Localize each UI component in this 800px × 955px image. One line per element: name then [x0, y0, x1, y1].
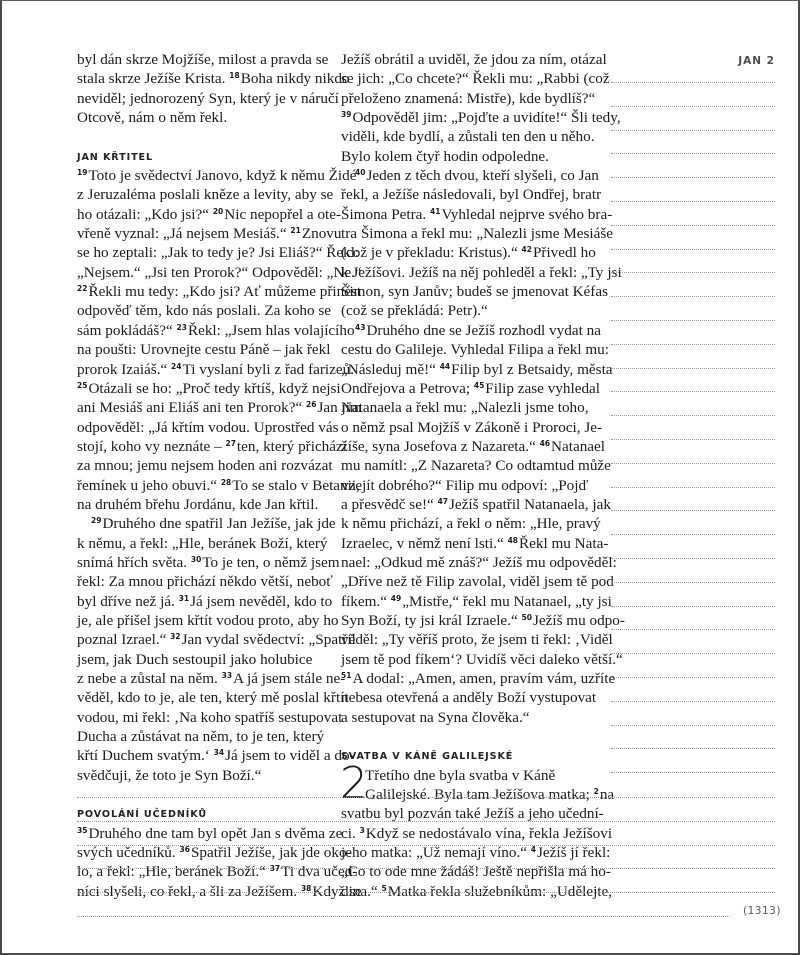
margin-note-line[interactable]: [611, 201, 775, 202]
margin-note-line[interactable]: [611, 153, 775, 154]
text-line: na druhém břehu Jordánu, kde Jan křtil.: [77, 495, 335, 514]
text-line: „Následuj mě!“ 44Filip byl z Betsaidy, m…: [341, 360, 599, 379]
text-line: Galilejské. Byla tam Ježíšova matka; 2na: [341, 785, 599, 804]
verse-number: 50: [522, 613, 532, 622]
margin-note-line[interactable]: [611, 106, 775, 107]
margin-note-line[interactable]: [611, 463, 775, 464]
verse-number: 44: [440, 362, 450, 371]
text-line: Ondřejova a Petrova; 45Filip zase vyhled…: [341, 379, 599, 398]
margin-note-line[interactable]: [611, 653, 775, 654]
text-line: jsem, jak Duch sestoupil jako holubice: [77, 650, 335, 669]
verse-number: 26: [306, 400, 316, 409]
text-line: vodou, mi řekl: ‚Na koho spatříš sestupo…: [77, 708, 335, 727]
verse-number: 27: [225, 439, 235, 448]
text-line: 35Druhého dne tam byl opět Jan s dvěma z…: [77, 824, 335, 843]
text-line: za mnou; jemu nejsem hoden ani rozvázat: [77, 456, 335, 475]
verse-number: 18: [229, 71, 239, 80]
margin-note-line[interactable]: [611, 177, 775, 178]
text-line: ani Mesiáš ani Eliáš ani ten Prorok?“ 26…: [77, 398, 335, 417]
verse-number: 46: [540, 439, 550, 448]
text-line: je, ale přišel jsem křtít vodou proto, a…: [77, 611, 335, 630]
verse-number: 23: [177, 323, 187, 332]
text-line: 25Otázali se ho: „Proč tedy křtíš, když …: [77, 379, 335, 398]
text-line: jsem tě pod fíkem‘? Uvidíš věci daleko v…: [341, 650, 599, 669]
middle-text-column: Ježíš obrátil a uviděl, že jdou za ním, …: [341, 20, 599, 901]
text-line: byl dán skrze Mojžíše, milost a pravda s…: [77, 50, 335, 69]
text-line: Třetího dne byla svatba v Káně: [341, 766, 599, 785]
text-line: lo, a řekl: „Hle, beránek Boží.“ 37Ti dv…: [77, 862, 335, 881]
margin-note-line[interactable]: [611, 629, 775, 630]
verse-number: 45: [474, 381, 484, 390]
text-line: neviděl; jednorozený Syn, který je v nár…: [77, 89, 335, 108]
verse-number: 29: [91, 516, 101, 525]
text-line: žíše, syna Josefova z Nazareta.“ 46Natan…: [341, 437, 599, 456]
text-line: byl dříve než já. 31Já jsem nevěděl, kdo…: [77, 592, 335, 611]
verse-number: 39: [341, 110, 351, 119]
verse-number: 4: [531, 845, 536, 854]
text-line: nael: „Odkud mě znáš?“ Ježíš mu odpovědě…: [341, 553, 599, 572]
verse-number: 36: [180, 845, 190, 854]
margin-note-line[interactable]: [611, 748, 775, 749]
text-line: Izraelec, v němž není lsti.“ 48Řekl mu N…: [341, 534, 599, 553]
spacer: [341, 727, 599, 746]
text-line: „Dříve než tě Filip zavolal, viděl jsem …: [341, 572, 599, 591]
text-line: tra Šimona a řekl mu: „Nalezli jsme Mesi…: [341, 224, 599, 243]
text-line: se jich: „Co chcete?“ Řekli mu: „Rabbi (…: [341, 69, 599, 88]
text-line: 19Toto je svědectví Janovo, když k němu …: [77, 166, 335, 185]
text-line: „Nejsem.“ „Jsi ten Prorok?“ Odpověděl: „…: [77, 263, 335, 282]
chapter-number: 2: [340, 762, 368, 806]
verse-number: 3: [360, 826, 365, 835]
text-line: poznal Izrael.“ 32Jan vydal svědectví: „…: [77, 630, 335, 649]
margin-note-line[interactable]: [611, 725, 775, 726]
text-line: věděl, kdo to je, ale ten, který mě posl…: [77, 688, 335, 707]
verse-number: 43: [355, 323, 365, 332]
margin-note-line[interactable]: [611, 415, 775, 416]
text-line: vřeně vyznal: „Já nejsem Mesiáš.“ 21Znov…: [77, 224, 335, 243]
text-line: Otcově, nám o něm řekl.: [77, 108, 335, 127]
text-line: řekl, a Ježíše následovali, byl Ondřej, …: [341, 185, 599, 204]
text-line: jeho matka: „Už nemají víno.“ 4Ježíš jí …: [341, 843, 599, 862]
text-line: z Jeruzaléma poslali kněze a levity, aby…: [77, 185, 335, 204]
text-line: 43Druhého dne se Ježíš rozhodl vydat na: [341, 321, 599, 340]
margin-note-line[interactable]: [611, 320, 775, 321]
margin-note-line[interactable]: [611, 130, 775, 131]
text-line: 39Odpověděl jim: „Pojďte a uvidíte!“ Šli…: [341, 108, 599, 127]
page-number: (1313): [743, 905, 781, 917]
margin-note-line[interactable]: [611, 296, 775, 297]
margin-note-line[interactable]: [611, 510, 775, 511]
text-line: 40Jeden z těch dvou, kteří slyšeli, co J…: [341, 166, 599, 185]
text-line: Šimona Petra. 41Vyhledal nejprve svého b…: [341, 205, 599, 224]
text-line: prorok Izaiáš.“ 24Ti vyslaní byli z řad …: [77, 360, 335, 379]
text-line: fíkem.“ 49„Mistře,“ řekl mu Natanael, „t…: [341, 592, 599, 611]
text-line: 29Druhého dne spatřil Jan Ježíše, jak jd…: [77, 514, 335, 533]
margin-note-line[interactable]: [611, 534, 775, 535]
verse-number: 51: [341, 671, 351, 680]
text-line: Ducha a zůstávat na něm, to je ten, kter…: [77, 727, 335, 746]
text-line: a přesvědč se!“ 47Ježíš spatřil Natanael…: [341, 495, 599, 514]
spacer: [77, 785, 335, 804]
verse-number: 35: [77, 826, 87, 835]
text-line: Syn Boží, ty jsi král Izraele.“ 50Ježíš …: [341, 611, 599, 630]
text-line: k němu přichází, a řekl o něm: „Hle, pra…: [341, 514, 599, 533]
verse-number: 20: [213, 207, 223, 216]
text-line: viděli, kde bydlí, a zůstali ten den u n…: [341, 127, 599, 146]
verse-number: 22: [77, 284, 87, 293]
verse-number: 21: [290, 226, 300, 235]
spacer: [341, 20, 599, 50]
margin-note-line[interactable]: [611, 368, 775, 369]
text-line: ho otázali: „Kdo jsi?“ 20Nic nepopřel a …: [77, 205, 335, 224]
text-line: na poušti: Urovnejte cestu Páně – jak ře…: [77, 340, 335, 359]
text-line: řemínek u jeho obuvi.“ 28To se stalo v B…: [77, 476, 335, 495]
text-line: svědčuji, že toto je Syn Boží.“: [77, 766, 335, 785]
text-line: vzejít dobrého?“ Filip mu odpoví: „Pojď: [341, 476, 599, 495]
text-line: cestu do Galileje. Vyhledal Filipa a řek…: [341, 340, 599, 359]
verse-number: 34: [214, 748, 224, 757]
text-line: přeloženo znamená: Mistře), kde bydlíš?“: [341, 89, 599, 108]
text-line: k němu, a řekl: „Hle, beránek Boží, kter…: [77, 534, 335, 553]
text-line: „Co to ode mne žádáš! Ještě nepřišla má …: [341, 862, 599, 881]
verse-number: 19: [77, 168, 87, 177]
verse-number: 49: [391, 594, 401, 603]
margin-note-line[interactable]: [611, 272, 775, 273]
text-line: se ho zeptali: „Jak to tedy je? Jsi Eliá…: [77, 243, 335, 262]
text-line: sám pokládáš?“ 23Řekl: „Jsem hlas volají…: [77, 321, 335, 340]
margin-note-line[interactable]: [611, 487, 775, 488]
text-line: věděl: „Ty věříš proto, že jsem ti řekl:…: [341, 630, 599, 649]
margin-note-line[interactable]: [611, 344, 775, 345]
verse-number: 47: [438, 497, 448, 506]
bottom-note-line[interactable]: [77, 868, 775, 869]
margin-note-line[interactable]: [611, 677, 775, 678]
bottom-note-line[interactable]: [77, 845, 775, 846]
verse-number: 42: [522, 245, 532, 254]
text-line: k Ježíšovi. Ježíš na něj pohleděl a řekl…: [341, 263, 599, 282]
verse-number: 2: [594, 787, 599, 796]
verse-number: 25: [77, 381, 87, 390]
text-line: Ježíš obrátil a uviděl, že jdou za ním, …: [341, 50, 599, 69]
text-line: (což se překládá: Petr).“: [341, 301, 599, 320]
margin-note-line[interactable]: [611, 606, 775, 607]
verse-number: 33: [222, 671, 232, 680]
verse-number: 28: [221, 478, 231, 487]
margin-note-line[interactable]: [611, 391, 775, 392]
bottom-note-line[interactable]: [77, 892, 775, 893]
margin-note-line[interactable]: [611, 82, 775, 83]
margin-note-line[interactable]: [611, 225, 775, 226]
left-text-column: byl dán skrze Mojžíše, milost a pravda s…: [77, 50, 335, 901]
verse-number: 40: [355, 168, 365, 177]
text-line: mu namítl: „Z Nazareta? Co odtamtud může: [341, 456, 599, 475]
margin-note-line[interactable]: [611, 582, 775, 583]
margin-note-line[interactable]: [611, 701, 775, 702]
margin-note-line[interactable]: [611, 558, 775, 559]
verse-number: 24: [171, 362, 181, 371]
text-line: řekl: Za mnou přichází někdo větší, nebo…: [77, 572, 335, 591]
spacer: [77, 127, 335, 146]
bottom-note-line[interactable]: [77, 821, 775, 822]
text-line: Šimon, syn Janův; budeš se jmenovat Kéfa…: [341, 282, 599, 301]
verse-number: 48: [508, 536, 518, 545]
verse-number: 31: [179, 594, 189, 603]
text-line: 51A dodal: „Amen, amen, pravím vám, uzří…: [341, 669, 599, 688]
text-line: Bylo kolem čtyř hodin odpoledne.: [341, 147, 599, 166]
text-line: o němž psal Mojžíš v Zákoně i Proroci, J…: [341, 418, 599, 437]
text-line: ci. 3Když se nedostávalo vína, řekla Jež…: [341, 824, 599, 843]
text-line: stala skrze Ježíše Krista. 18Boha nikdy …: [77, 69, 335, 88]
margin-note-line[interactable]: [611, 249, 775, 250]
verse-number: 32: [170, 632, 180, 641]
bottom-note-line[interactable]: [77, 797, 775, 798]
bottom-note-line[interactable]: [77, 916, 730, 917]
section-heading: SVATBA V KÁNĚ GALILEJSKÉ: [341, 746, 599, 765]
text-line: odpověděl: „Já křtím vodou. Uprostřed vá…: [77, 418, 335, 437]
text-line: stojí, koho vy neznáte – 27ten, který př…: [77, 437, 335, 456]
running-head: JAN 2: [738, 55, 775, 67]
text-line: 22Řekli mu tedy: „Kdo jsi? Ať můžeme při…: [77, 282, 335, 301]
chapter-opening: 2Třetího dne byla svatba v KáněGalilejsk…: [341, 766, 599, 805]
text-line: Natanaela a řekl mu: „Nalezli jsme toho,: [341, 398, 599, 417]
text-line: nebesa otevřená a anděly Boží vystupovat: [341, 688, 599, 707]
text-line: odpověď těm, kdo nás poslali. Za koho se: [77, 301, 335, 320]
text-line: svých učedníků. 36Spatřil Ježíše, jak jd…: [77, 843, 335, 862]
verse-number: 41: [430, 207, 440, 216]
text-line: (což je v překladu: Kristus).“ 42Přivedl…: [341, 243, 599, 262]
text-line: křtí Duchem svatým.‘ 34Já jsem to viděl …: [77, 746, 335, 765]
text-line: snímá hřích světa. 30To je ten, o němž j…: [77, 553, 335, 572]
section-heading: JAN KŘTITEL: [77, 147, 335, 166]
text-line: z nebe a zůstal na něm. 33A já jsem stál…: [77, 669, 335, 688]
margin-note-line[interactable]: [611, 439, 775, 440]
text-line: a sestupovat na Syna člověka.“: [341, 708, 599, 727]
verse-number: 30: [191, 555, 201, 564]
margin-note-line[interactable]: [611, 772, 775, 773]
